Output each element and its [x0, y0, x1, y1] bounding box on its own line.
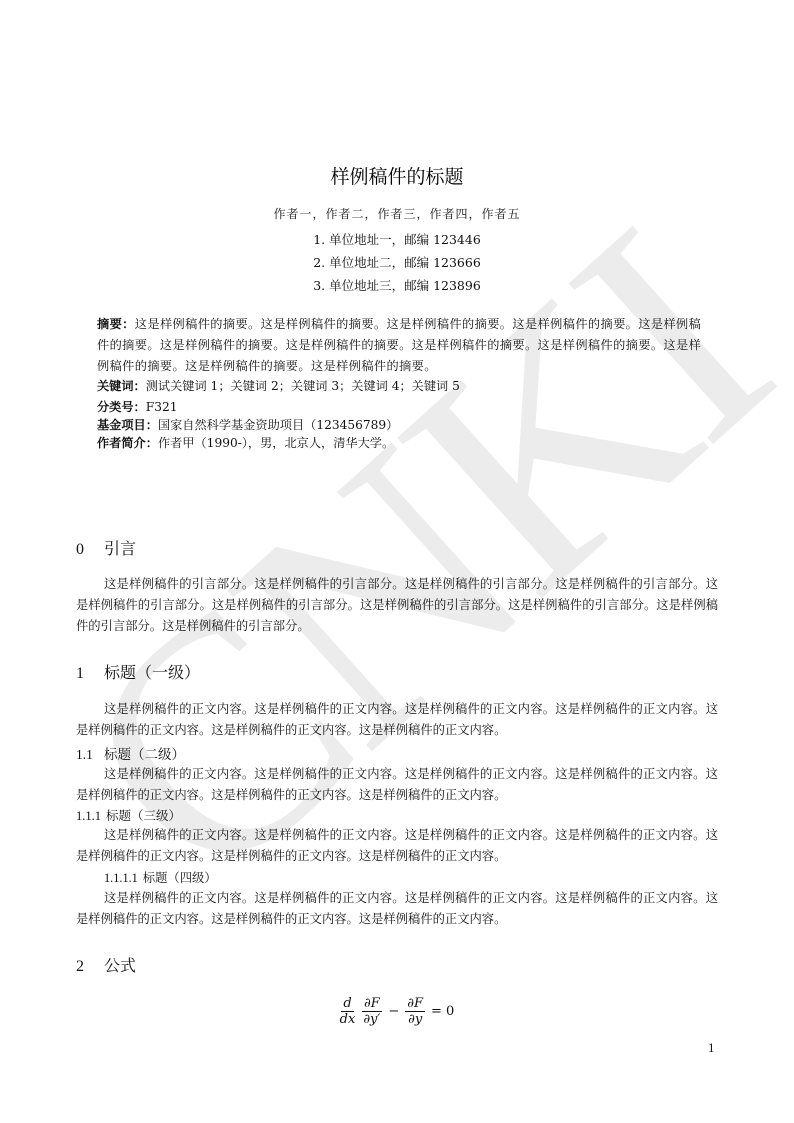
keywords-label: 关键词：: [97, 379, 146, 393]
section-heading-1-1-1: 1.1.1标题（三级）: [76, 806, 181, 824]
paper-title: 样例稿件的标题: [0, 162, 794, 189]
equation-rhs: = 0: [431, 1004, 454, 1019]
section-title: 标题（二级）: [104, 747, 185, 763]
section-1-1-paragraph: 这是样例稿件的正文内容。这是样例稿件的正文内容。这是样例稿件的正文内容。这是样例…: [76, 764, 718, 806]
classification: 分类号：F321: [97, 398, 177, 415]
section-1-1-1-paragraph: 这是样例稿件的正文内容。这是样例稿件的正文内容。这是样例稿件的正文内容。这是样例…: [76, 825, 718, 867]
intro-paragraph: 这是样例稿件的引言部分。这是样例稿件的引言部分。这是样例稿件的引言部分。这是样例…: [76, 574, 718, 637]
section-1-paragraph: 这是样例稿件的正文内容。这是样例稿件的正文内容。这是样例稿件的正文内容。这是样例…: [76, 699, 718, 741]
affiliation-3: 3. 单位地址三，邮编 123896: [0, 276, 794, 299]
author-bio-text: 作者甲（1990-），男，北京人，清华大学。: [158, 436, 394, 450]
fund-label: 基金项目：: [97, 418, 158, 432]
fraction-dF-dyprime: ∂F ∂y′: [361, 996, 382, 1027]
abstract: 摘要：这是样例稿件的摘要。这是样例稿件的摘要。这是样例稿件的摘要。这是样例稿件的…: [97, 314, 707, 377]
abstract-label: 摘要：: [97, 317, 135, 331]
section-heading-1-1-1-1: 1.1.1.1标题（四级）: [104, 868, 217, 886]
section-number: 1: [76, 665, 104, 683]
author-bio-label: 作者简介：: [97, 436, 158, 450]
fund: 基金项目：国家自然科学基金资助项目（123456789）: [97, 416, 398, 433]
fraction-dF-dy: ∂F ∂y: [405, 996, 425, 1027]
section-heading-1: 1标题（一级）: [76, 660, 200, 683]
section-number: 1.1.1: [76, 809, 101, 823]
section-title: 标题（一级）: [104, 663, 200, 682]
section-heading-2: 2公式: [76, 953, 136, 976]
author-list: 作者一，作者二，作者三，作者四，作者五: [0, 205, 794, 222]
section-title: 公式: [104, 956, 136, 975]
keywords-text: 测试关键词 1；关键词 2；关键词 3；关键词 4；关键词 5: [146, 379, 460, 393]
affiliation-1: 1. 单位地址一，邮编 123446: [0, 230, 794, 253]
section-1-1-1-1-paragraph: 这是样例稿件的正文内容。这是样例稿件的正文内容。这是样例稿件的正文内容。这是样例…: [76, 888, 718, 930]
affiliation-2: 2. 单位地址二，邮编 123666: [0, 253, 794, 276]
section-number: 0: [76, 541, 104, 559]
section-heading-intro: 0引言: [76, 536, 136, 559]
classification-text: F321: [146, 400, 178, 414]
fraction-d-dx: d dx: [338, 996, 358, 1027]
section-heading-1-1: 1.1标题（二级）: [76, 743, 185, 763]
section-number: 2: [76, 958, 104, 976]
section-number: 1.1: [76, 747, 104, 763]
section-title: 引言: [104, 539, 136, 558]
page-number: 1: [708, 1040, 715, 1056]
fund-text: 国家自然科学基金资助项目（123456789）: [158, 418, 398, 432]
author-bio: 作者简介：作者甲（1990-），男，北京人，清华大学。: [97, 434, 394, 451]
equation: d dx ∂F ∂y′ − ∂F ∂y = 0: [0, 996, 794, 1027]
section-title: 标题（四级）: [143, 871, 217, 885]
section-title: 标题（三级）: [106, 808, 181, 823]
classification-label: 分类号：: [97, 400, 146, 414]
keywords: 关键词：测试关键词 1；关键词 2；关键词 3；关键词 4；关键词 5: [97, 377, 460, 394]
minus-sign: −: [388, 1004, 399, 1019]
abstract-text: 这是样例稿件的摘要。这是样例稿件的摘要。这是样例稿件的摘要。这是样例稿件的摘要。…: [97, 317, 701, 373]
section-number: 1.1.1.1: [104, 871, 138, 885]
affiliation-list: 1. 单位地址一，邮编 123446 2. 单位地址二，邮编 123666 3.…: [0, 230, 794, 299]
